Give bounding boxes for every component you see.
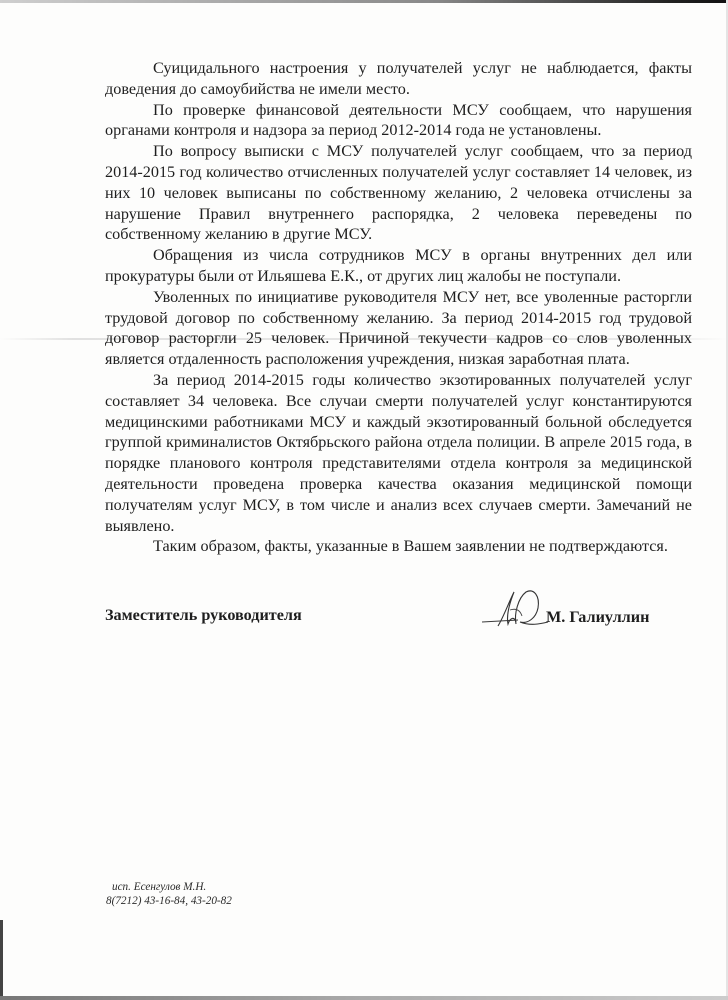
- executor-info: исп. Есенгулов М.Н. 8(7212) 43-16-84, 43…: [106, 880, 232, 908]
- paragraph-suicide: Суицидального настроения у получателей у…: [105, 58, 692, 100]
- paragraph-conclusion: Таким образом, факты, указанные в Вашем …: [105, 536, 692, 557]
- scanned-page: Суицидального настроения у получателей у…: [0, 0, 728, 1000]
- paragraph-deaths: За период 2014-2015 годы количество экзо…: [105, 370, 692, 536]
- scan-edge-bottom: [0, 996, 728, 1000]
- letter-body: Суицидального настроения у получателей у…: [105, 58, 692, 557]
- handwritten-signature-icon: [480, 586, 550, 634]
- paragraph-appeals: Обращения из числа сотрудников МСУ в орг…: [105, 245, 692, 287]
- signatory-position: Заместитель руководителя: [105, 606, 302, 625]
- paragraph-financial-check: По проверке финансовой деятельности МСУ …: [105, 100, 692, 142]
- executor-phones: 8(7212) 43-16-84, 43-20-82: [106, 894, 232, 908]
- paragraph-dismissals: Уволенных по инициативе руководителя МСУ…: [105, 287, 692, 370]
- paragraph-discharge: По вопросу выписки с МСУ получателей усл…: [105, 141, 692, 245]
- signatory-name: М. Галиуллин: [546, 608, 649, 627]
- scan-edge-left: [0, 920, 3, 1000]
- signature-block: Заместитель руководителя М. Галиуллин: [105, 604, 695, 644]
- scan-edge-top: [0, 0, 728, 3]
- executor-name: исп. Есенгулов М.Н.: [106, 880, 232, 894]
